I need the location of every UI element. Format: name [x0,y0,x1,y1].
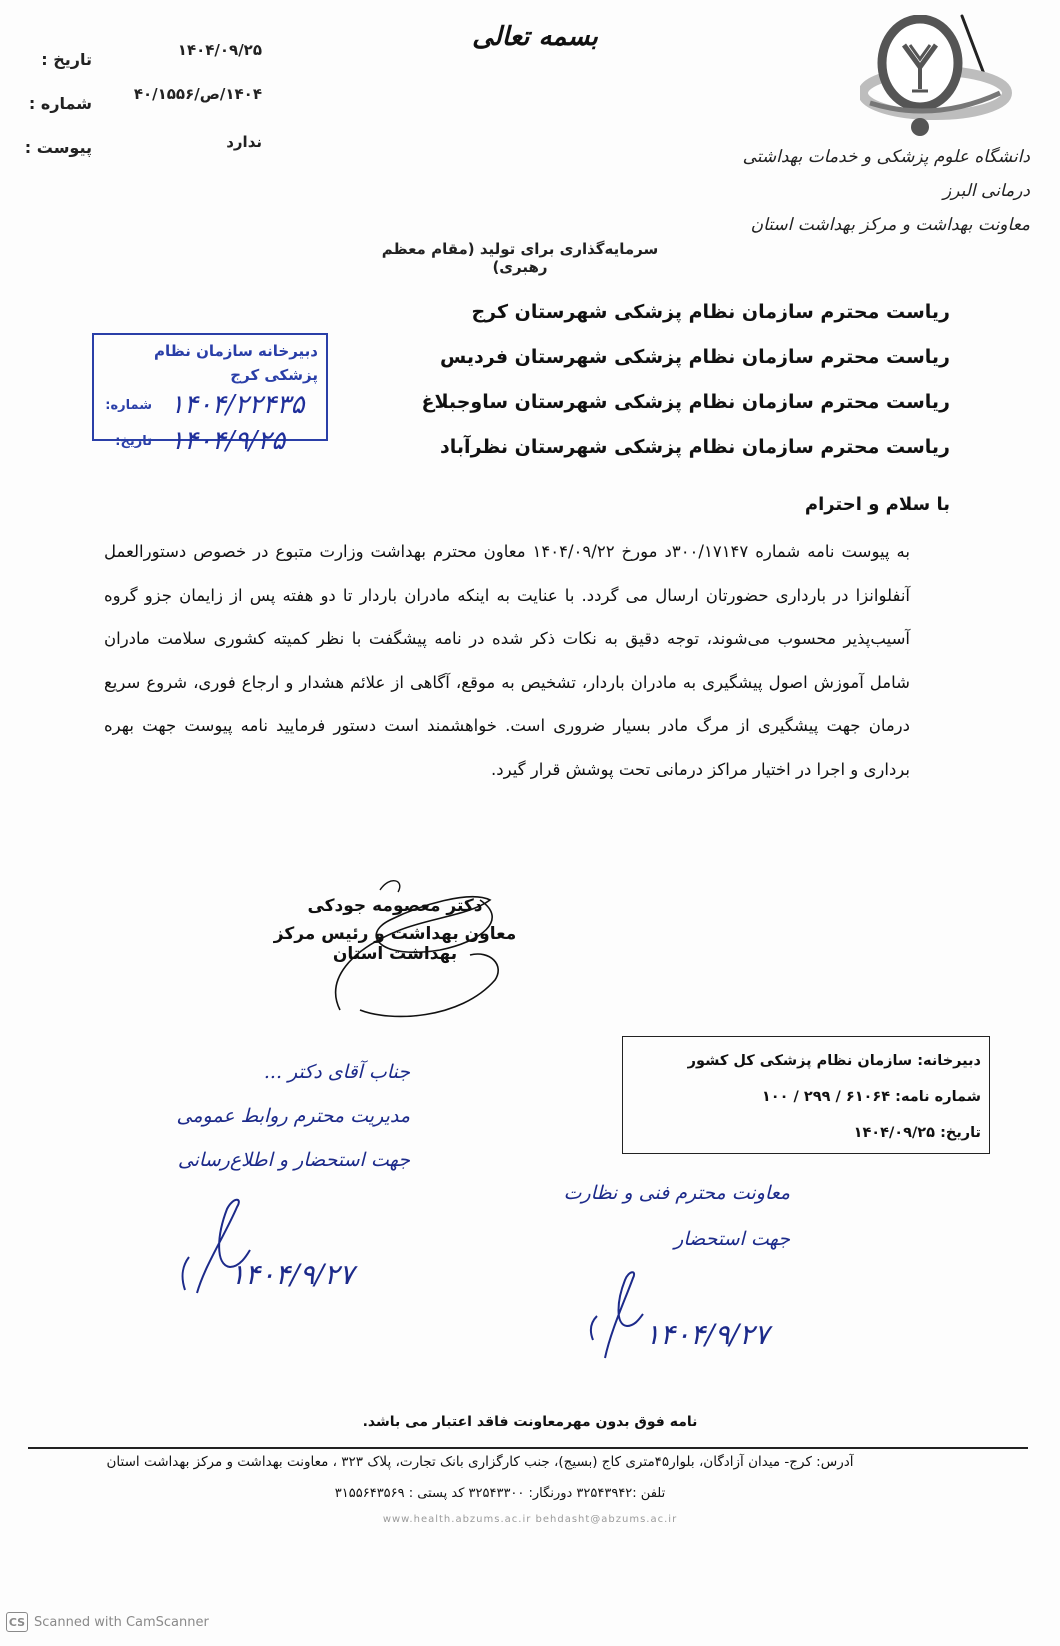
university-emblem-icon [860,15,1040,140]
attachment-label: پیوست : [20,138,92,157]
body-paragraph: به پیوست نامه شماره ۳۰۰/۱۷۱۴۷د مورخ ۱۴۰۴… [104,530,910,791]
handwritten-left-line-2: مدیریت محترم روابط عمومی [150,1094,410,1138]
received-stamp: دبیرخانه سازمان نظام پزشکی کرج شماره: ۱۴… [92,333,328,441]
number-label: شماره : [20,94,92,113]
stamp-number-value: ۱۴۰۴/۲۲۴۳۵ [152,390,318,420]
secretariat-box: دبیرخانه: سازمان نظام پزشکی کل کشور شمار… [622,1036,990,1154]
stamp-date-value: ۱۴۰۴/۹/۲۵ [152,426,318,456]
handwritten-note-left: جناب آقای دکتر ... مدیریت محترم روابط عم… [150,1050,410,1182]
validity-note: نامه فوق بدون مهرمعاونت فاقد اعتبار می ب… [300,1414,760,1430]
recipients-list: ریاست محترم سازمان نظام پزشکی شهرستان کر… [410,290,950,470]
organization-line-1: دانشگاه علوم پزشکی و خدمات بهداشتی درمان… [710,140,1030,208]
number-value: ۱۴۰۴/ص/۴۰/۱۵۵۶ [92,85,270,103]
secretariat-date: تاریخ: ۱۴۰۴/۰۹/۲۵ [631,1115,981,1151]
slogan: سرمایه‌گذاری برای تولید (مقام معظم رهبری… [360,240,680,276]
letter-meta: تاریخ : ۱۴۰۴/۰۹/۲۵ شماره : ۱۴۰۴/ص/۴۰/۱۵۵… [20,50,270,182]
recipient-nazarabad: ریاست محترم سازمان نظام پزشکی شهرستان نظ… [410,425,950,470]
attachment-value: ندارد [92,133,270,151]
bismillah-heading: بسمه تعالی [470,22,600,52]
handwritten-left-line-3: جهت استحضار و اطلاع‌رسانی [150,1138,410,1182]
camscanner-logo-icon: CS [6,1612,28,1632]
date-value: ۱۴۰۴/۰۹/۲۵ [92,41,270,59]
signatory-title: معاون بهداشت و رئیس مرکز بهداشت استان [240,924,550,964]
organization-name: دانشگاه علوم پزشکی و خدمات بهداشتی درمان… [710,140,1030,242]
handwritten-signature-right-icon [585,1270,645,1360]
letter-page: دانشگاه علوم پزشکی و خدمات بهداشتی درمان… [0,0,1060,1646]
handwritten-right-line-2: جهت استحضار [560,1216,790,1262]
footer-web: www.health.abzums.ac.ir behdasht@abzums.… [300,1514,760,1525]
handwritten-left-line-1: جناب آقای دکتر ... [150,1050,410,1094]
secretariat-name: دبیرخانه: سازمان نظام پزشکی کل کشور [631,1043,981,1079]
stamp-date-row: تاریخ: ۱۴۰۴/۹/۲۵ [102,423,318,459]
stamp-number-row: شماره: ۱۴۰۴/۲۲۴۳۵ [102,387,318,423]
footer-phone: تلفن :۳۲۵۴۳۹۴۲ دورنگار: ۳۲۵۴۳۳۰۰ کد پستی… [240,1486,760,1501]
attachment-row: پیوست : ندارد [20,138,270,182]
organization-line-2: معاونت بهداشت و مرکز بهداشت استان [710,208,1030,242]
handwritten-date-right: ۱۴۰۴/۹/۲۷ [645,1318,769,1351]
footer-address: آدرس: کرج- میدان آزادگان، بلوار۴۵متری کا… [60,1454,900,1470]
number-row: شماره : ۱۴۰۴/ص/۴۰/۱۵۵۶ [20,94,270,138]
stamp-number-label: شماره: [102,398,152,413]
letter-body: به پیوست نامه شماره ۳۰۰/۱۷۱۴۷د مورخ ۱۴۰۴… [104,530,910,791]
stamp-date-label: تاریخ: [102,434,152,449]
stamp-title: دبیرخانه سازمان نظام پزشکی کرج [102,339,318,387]
signatory-name: دکتر معصومه جودکی [240,896,550,916]
footer-divider [28,1447,1028,1449]
recipient-fardis: ریاست محترم سازمان نظام پزشکی شهرستان فر… [410,335,950,380]
camscanner-watermark: CS Scanned with CamScanner [6,1612,209,1632]
recipient-savojbolagh: ریاست محترم سازمان نظام پزشکی شهرستان سا… [410,380,950,425]
watermark-text: Scanned with CamScanner [34,1615,209,1630]
handwritten-right-line-1: معاونت محترم فنی و نظارت [560,1170,790,1216]
greeting: با سلام و احترام [805,494,950,515]
recipient-karaj: ریاست محترم سازمان نظام پزشکی شهرستان کر… [410,290,950,335]
handwritten-date-left: ۱۴۰۴/۹/۲۷ [230,1258,354,1291]
secretariat-letter-number: شماره نامه: ۶۱۰۶۴ / ۲۹۹ / ۱۰۰ [631,1079,981,1115]
handwritten-note-right: معاونت محترم فنی و نظارت جهت استحضار [560,1170,790,1262]
date-label: تاریخ : [20,50,92,69]
